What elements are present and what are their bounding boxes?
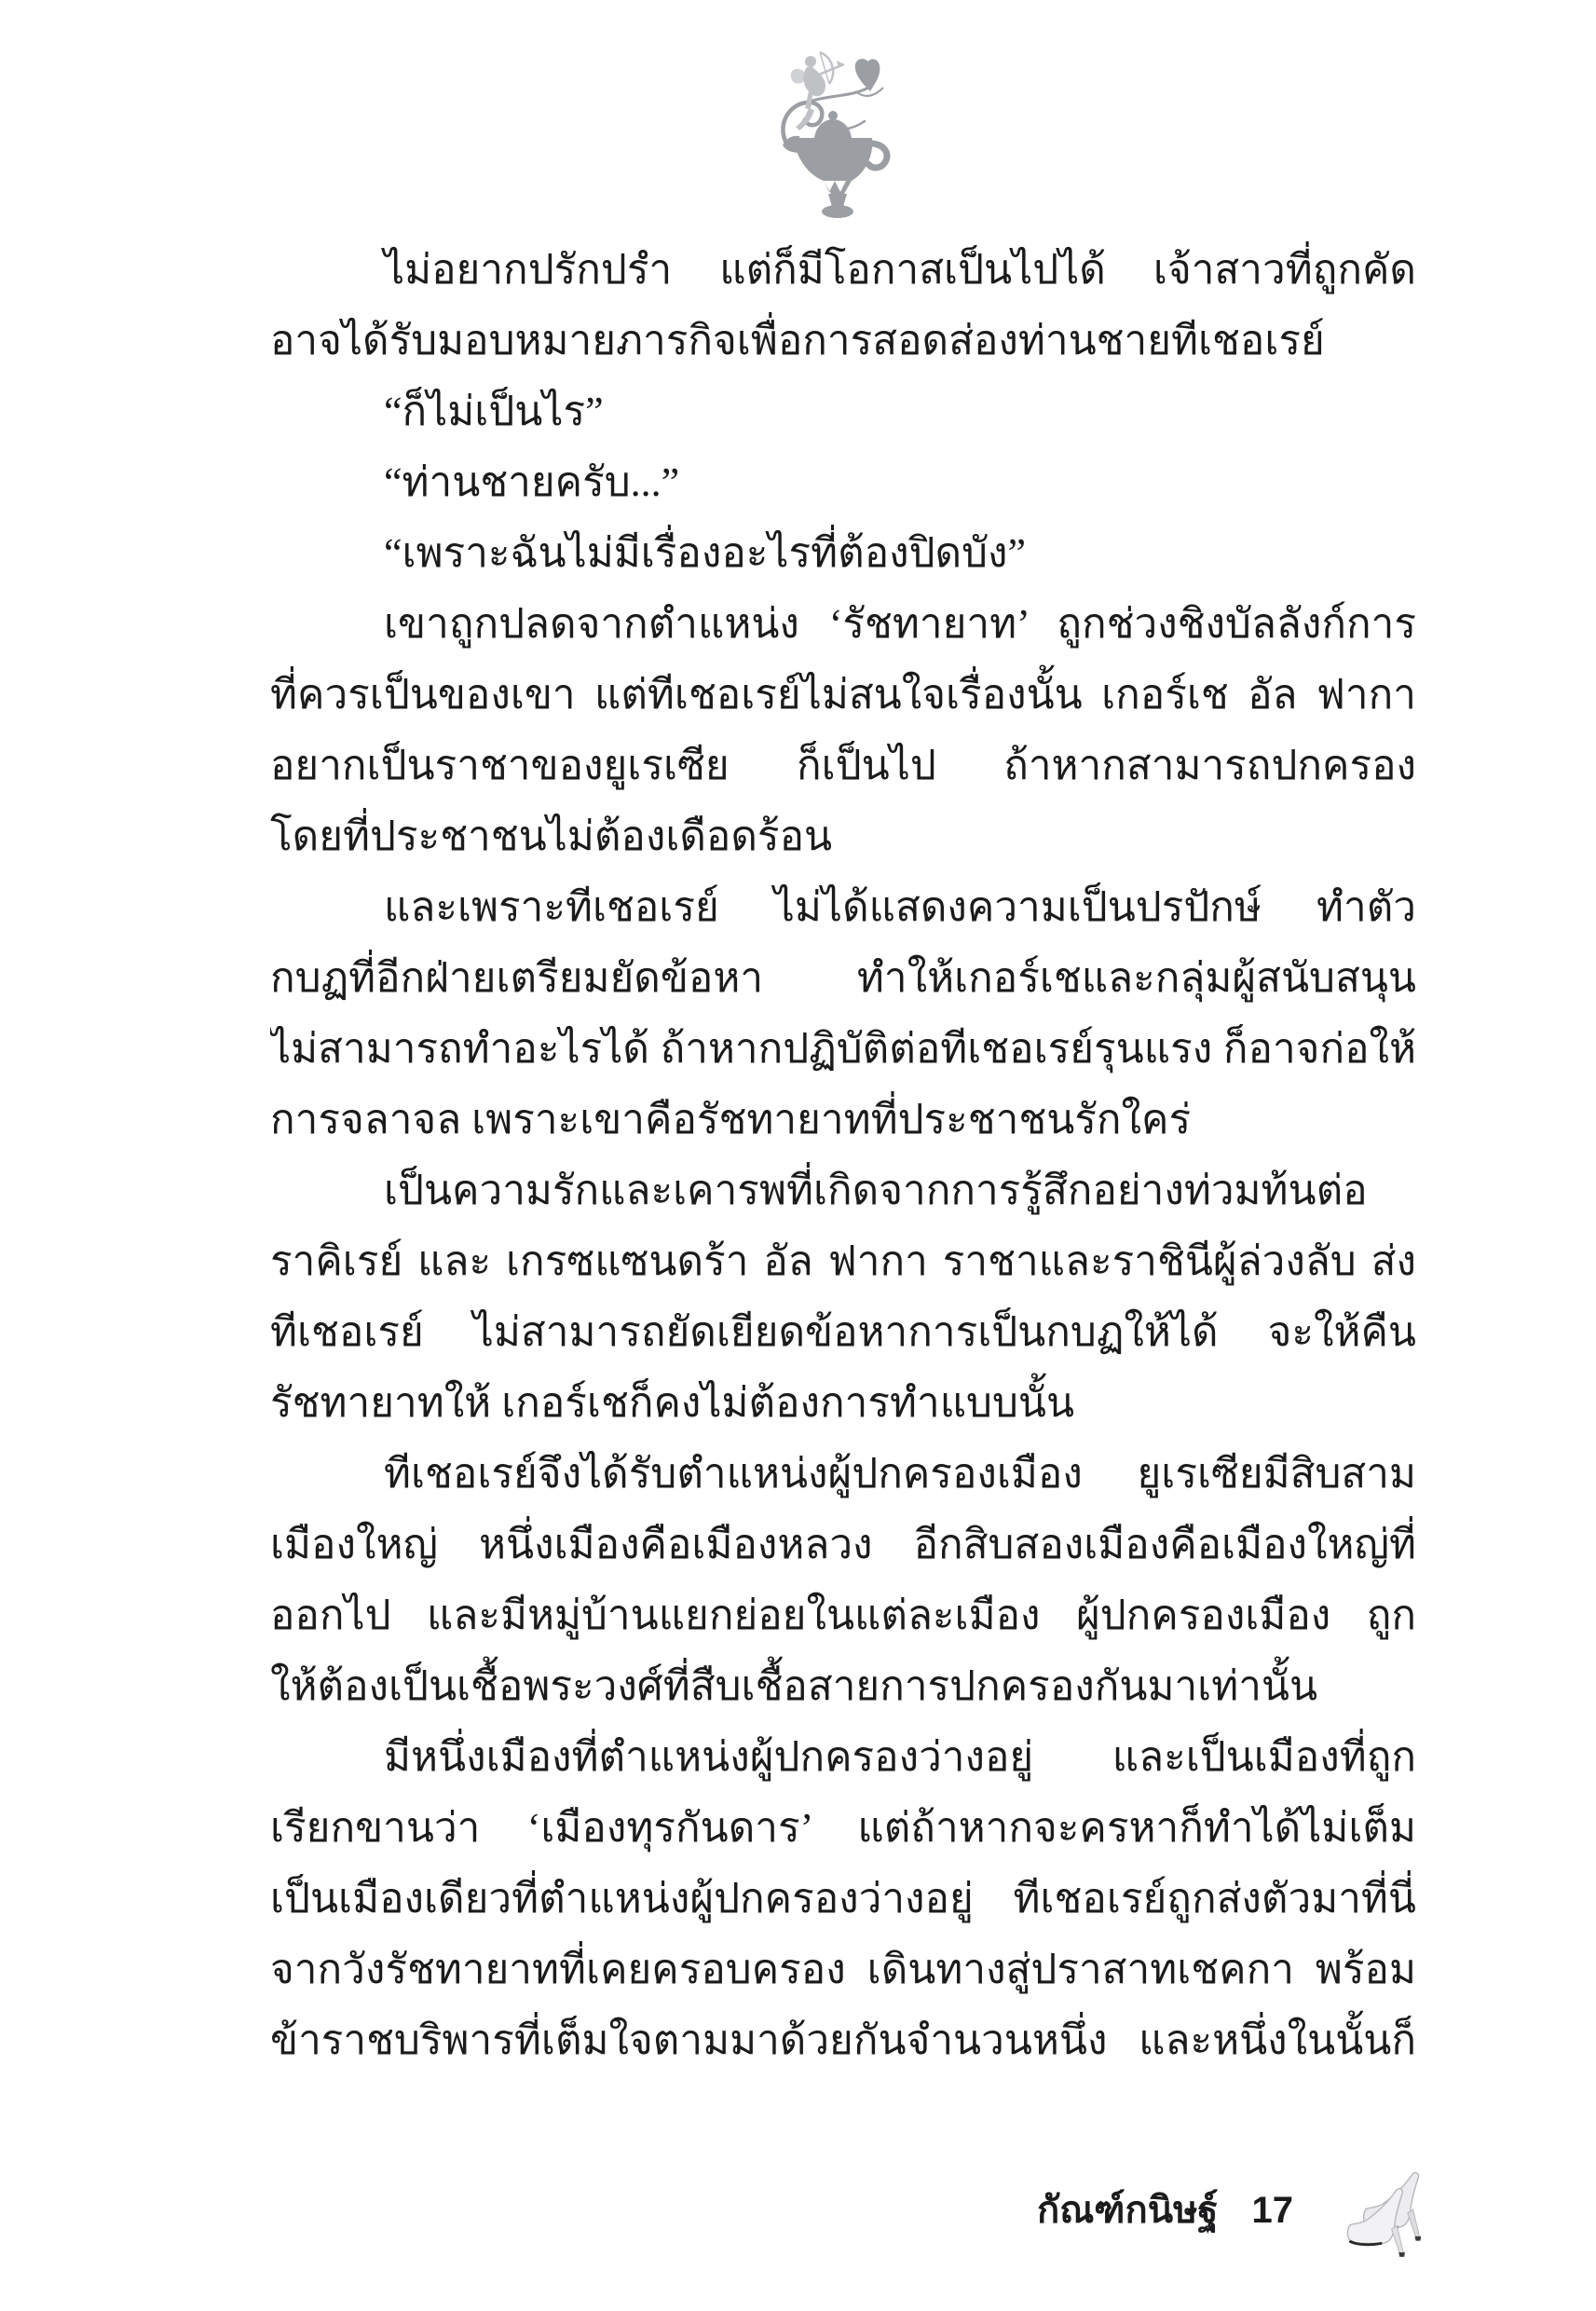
book-page: ไม่อยากปรักปรำ แต่ก็มีโอกาสเป็นไปได้ เจ้…: [0, 0, 1596, 2311]
body-text-line: กบฏที่อีกฝ่ายเตรียมยัดข้อหา ทำให้เกอร์เช…: [270, 943, 1416, 1014]
footer: กัณฑ์กนิษฐ์ 17: [270, 2181, 1293, 2240]
body-text-line: เรียกขานว่า ‘เมืองทุรกันดาร’ แต่ถ้าหากจะ…: [270, 1793, 1416, 1864]
body-text-line: “เพราะฉันไม่มีเรื่องอะไรที่ต้องปิดบัง”: [270, 518, 1416, 589]
body-text-line: มีหนึ่งเมืองที่ตำแหน่งผู้ปกครองว่างอยู่ …: [270, 1722, 1416, 1793]
body-text-line: อยากเป็นราชาของยูเรเซีย ก็เป็นไป ถ้าหากส…: [270, 731, 1416, 801]
body-text-line: ราคิเรย์ และ เกรซแซนดร้า อัล ฟากา ราชาแล…: [270, 1226, 1416, 1297]
body-text-line: และเพราะทีเชอเรย์ ไม่ได้แสดงความเป็นปรปั…: [270, 872, 1416, 943]
body-text-line: “ท่านชายครับ...”: [270, 447, 1416, 518]
body-text-line: อาจได้รับมอบหมายภารกิจเพื่อการสอดส่องท่า…: [270, 306, 1416, 376]
body-text-line: ข้าราชบริพารที่เต็มใจตามมาด้วยกันจำนวนหน…: [270, 2005, 1416, 2076]
body-text-line: เป็นความรักและเคารพที่เกิดจากการรู้สึกอย…: [270, 1155, 1416, 1226]
body-text-line: จากวังรัชทายาทที่เคยครอบครอง เดินทางสู่ป…: [270, 1935, 1416, 2005]
body-text-line: ทีเชอเรย์จึงได้รับตำแหน่งผู้ปกครองเมือง …: [270, 1439, 1416, 1510]
body-text-line: ออกไป และมีหมู่บ้านแยกย่อยในแต่ละเมือง ผ…: [270, 1580, 1416, 1651]
body-text-line: การจลาจล เพราะเขาคือรัชทายาทที่ประชาชนรั…: [270, 1085, 1416, 1155]
footer-book-title: กัณฑ์กนิษฐ์: [1037, 2181, 1219, 2240]
body-text: ไม่อยากปรักปรำ แต่ก็มีโอกาสเป็นไปได้ เจ้…: [270, 235, 1416, 2076]
body-text-line: ให้ต้องเป็นเชื้อพระวงศ์ที่สืบเชื้อสายการ…: [270, 1651, 1416, 1722]
body-text-line: ทีเชอเรย์ ไม่สามารถยัดเยียดข้อหาการเป็นก…: [270, 1297, 1416, 1368]
body-text-line: “ก็ไม่เป็นไร”: [270, 376, 1416, 447]
body-text-line: ไม่อยากปรักปรำ แต่ก็มีโอกาสเป็นไปได้ เจ้…: [270, 235, 1416, 306]
body-text-line: ไม่สามารถทำอะไรได้ ถ้าหากปฏิบัติต่อทีเชอ…: [270, 1014, 1416, 1085]
cupid-genie-lamp-ornament-icon: [779, 48, 896, 222]
high-heels-icon: [1338, 2160, 1427, 2261]
body-text-line: เป็นเมืองเดียวที่ตำแหน่งผู้ปกครองว่างอยู…: [270, 1864, 1416, 1935]
body-text-line: เขาถูกปลดจากตำแหน่ง ‘รัชทายาท’ ถูกช่วงชิ…: [270, 589, 1416, 660]
body-text-line: ที่ควรเป็นของเขา แต่ทีเชอเรย์ไม่สนใจเรื่…: [270, 660, 1416, 731]
footer-page-number: 17: [1252, 2181, 1294, 2240]
body-text-line: รัชทายาทให้ เกอร์เชก็คงไม่ต้องการทำแบบนั…: [270, 1368, 1416, 1439]
body-text-line: เมืองใหญ่ หนึ่งเมืองคือเมืองหลวง อีกสิบส…: [270, 1510, 1416, 1580]
body-text-line: โดยที่ประชาชนไม่ต้องเดือดร้อน: [270, 801, 1416, 872]
